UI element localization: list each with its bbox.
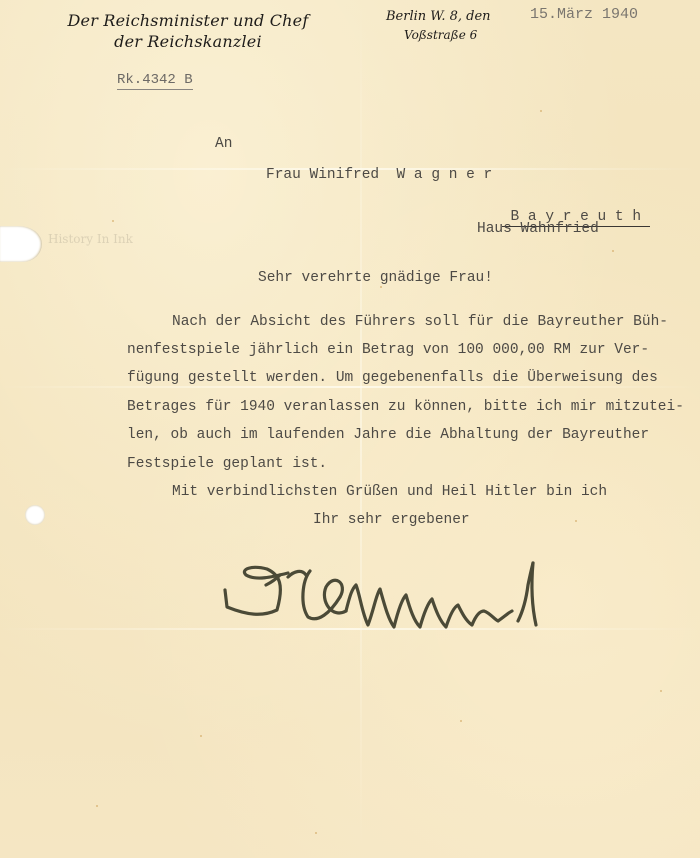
letter-page: History In Ink Der Reichsminister und Ch… (0, 0, 700, 858)
body-line: nenfestspiele jährlich ein Betrag von 10… (127, 342, 649, 358)
letterhead-line-1: Der Reichsminister und Chef (58, 10, 318, 31)
torn-punch-hole (0, 226, 42, 262)
letterhead-line-2: der Reichskanzlei (58, 31, 318, 52)
paper-fold (0, 386, 700, 388)
letter-date: 15.März 1940 (530, 6, 638, 23)
paper-speck (315, 832, 317, 834)
paper-speck (380, 286, 382, 288)
body-line: Festspiele geplant ist. (127, 456, 327, 472)
salutation: Sehr verehrte gnädige Frau! (258, 270, 493, 286)
closing-valediction: Ihr sehr ergebener (313, 512, 470, 528)
body-line: Betrages für 1940 veranlassen zu können,… (127, 399, 684, 415)
paper-speck (660, 690, 662, 692)
recipient-name: Frau Winifred W a g n e r (266, 167, 492, 183)
paper-speck (575, 520, 577, 522)
sender-city: Berlin W. 8, den (386, 8, 491, 26)
body-line: Nach der Absicht des Führers soll für di… (172, 314, 668, 330)
reference-number: Rk.4342 B (117, 72, 193, 90)
body-line: fügung gestellt werden. Um gegebenenfall… (127, 370, 658, 386)
recipient-house: Haus Wahnfried (477, 221, 599, 237)
sender-address: Berlin W. 8, den Voßstraße 6 (386, 8, 491, 44)
paper-speck (540, 110, 542, 112)
recipient-prefix: An (215, 136, 232, 152)
punch-hole (25, 505, 45, 525)
paper-speck (460, 720, 462, 722)
body-line: len, ob auch im laufenden Jahre die Abha… (127, 427, 649, 443)
watermark: History In Ink (48, 232, 133, 246)
paper-speck (112, 220, 114, 222)
closing-line: Mit verbindlichsten Grüßen und Heil Hitl… (172, 484, 607, 500)
letterhead: Der Reichsminister und Chef der Reichska… (58, 10, 318, 52)
paper-speck (612, 250, 614, 252)
paper-speck (200, 735, 202, 737)
signature (222, 555, 567, 645)
sender-street: Voßstraße 6 (386, 26, 491, 44)
paper-speck (96, 805, 98, 807)
